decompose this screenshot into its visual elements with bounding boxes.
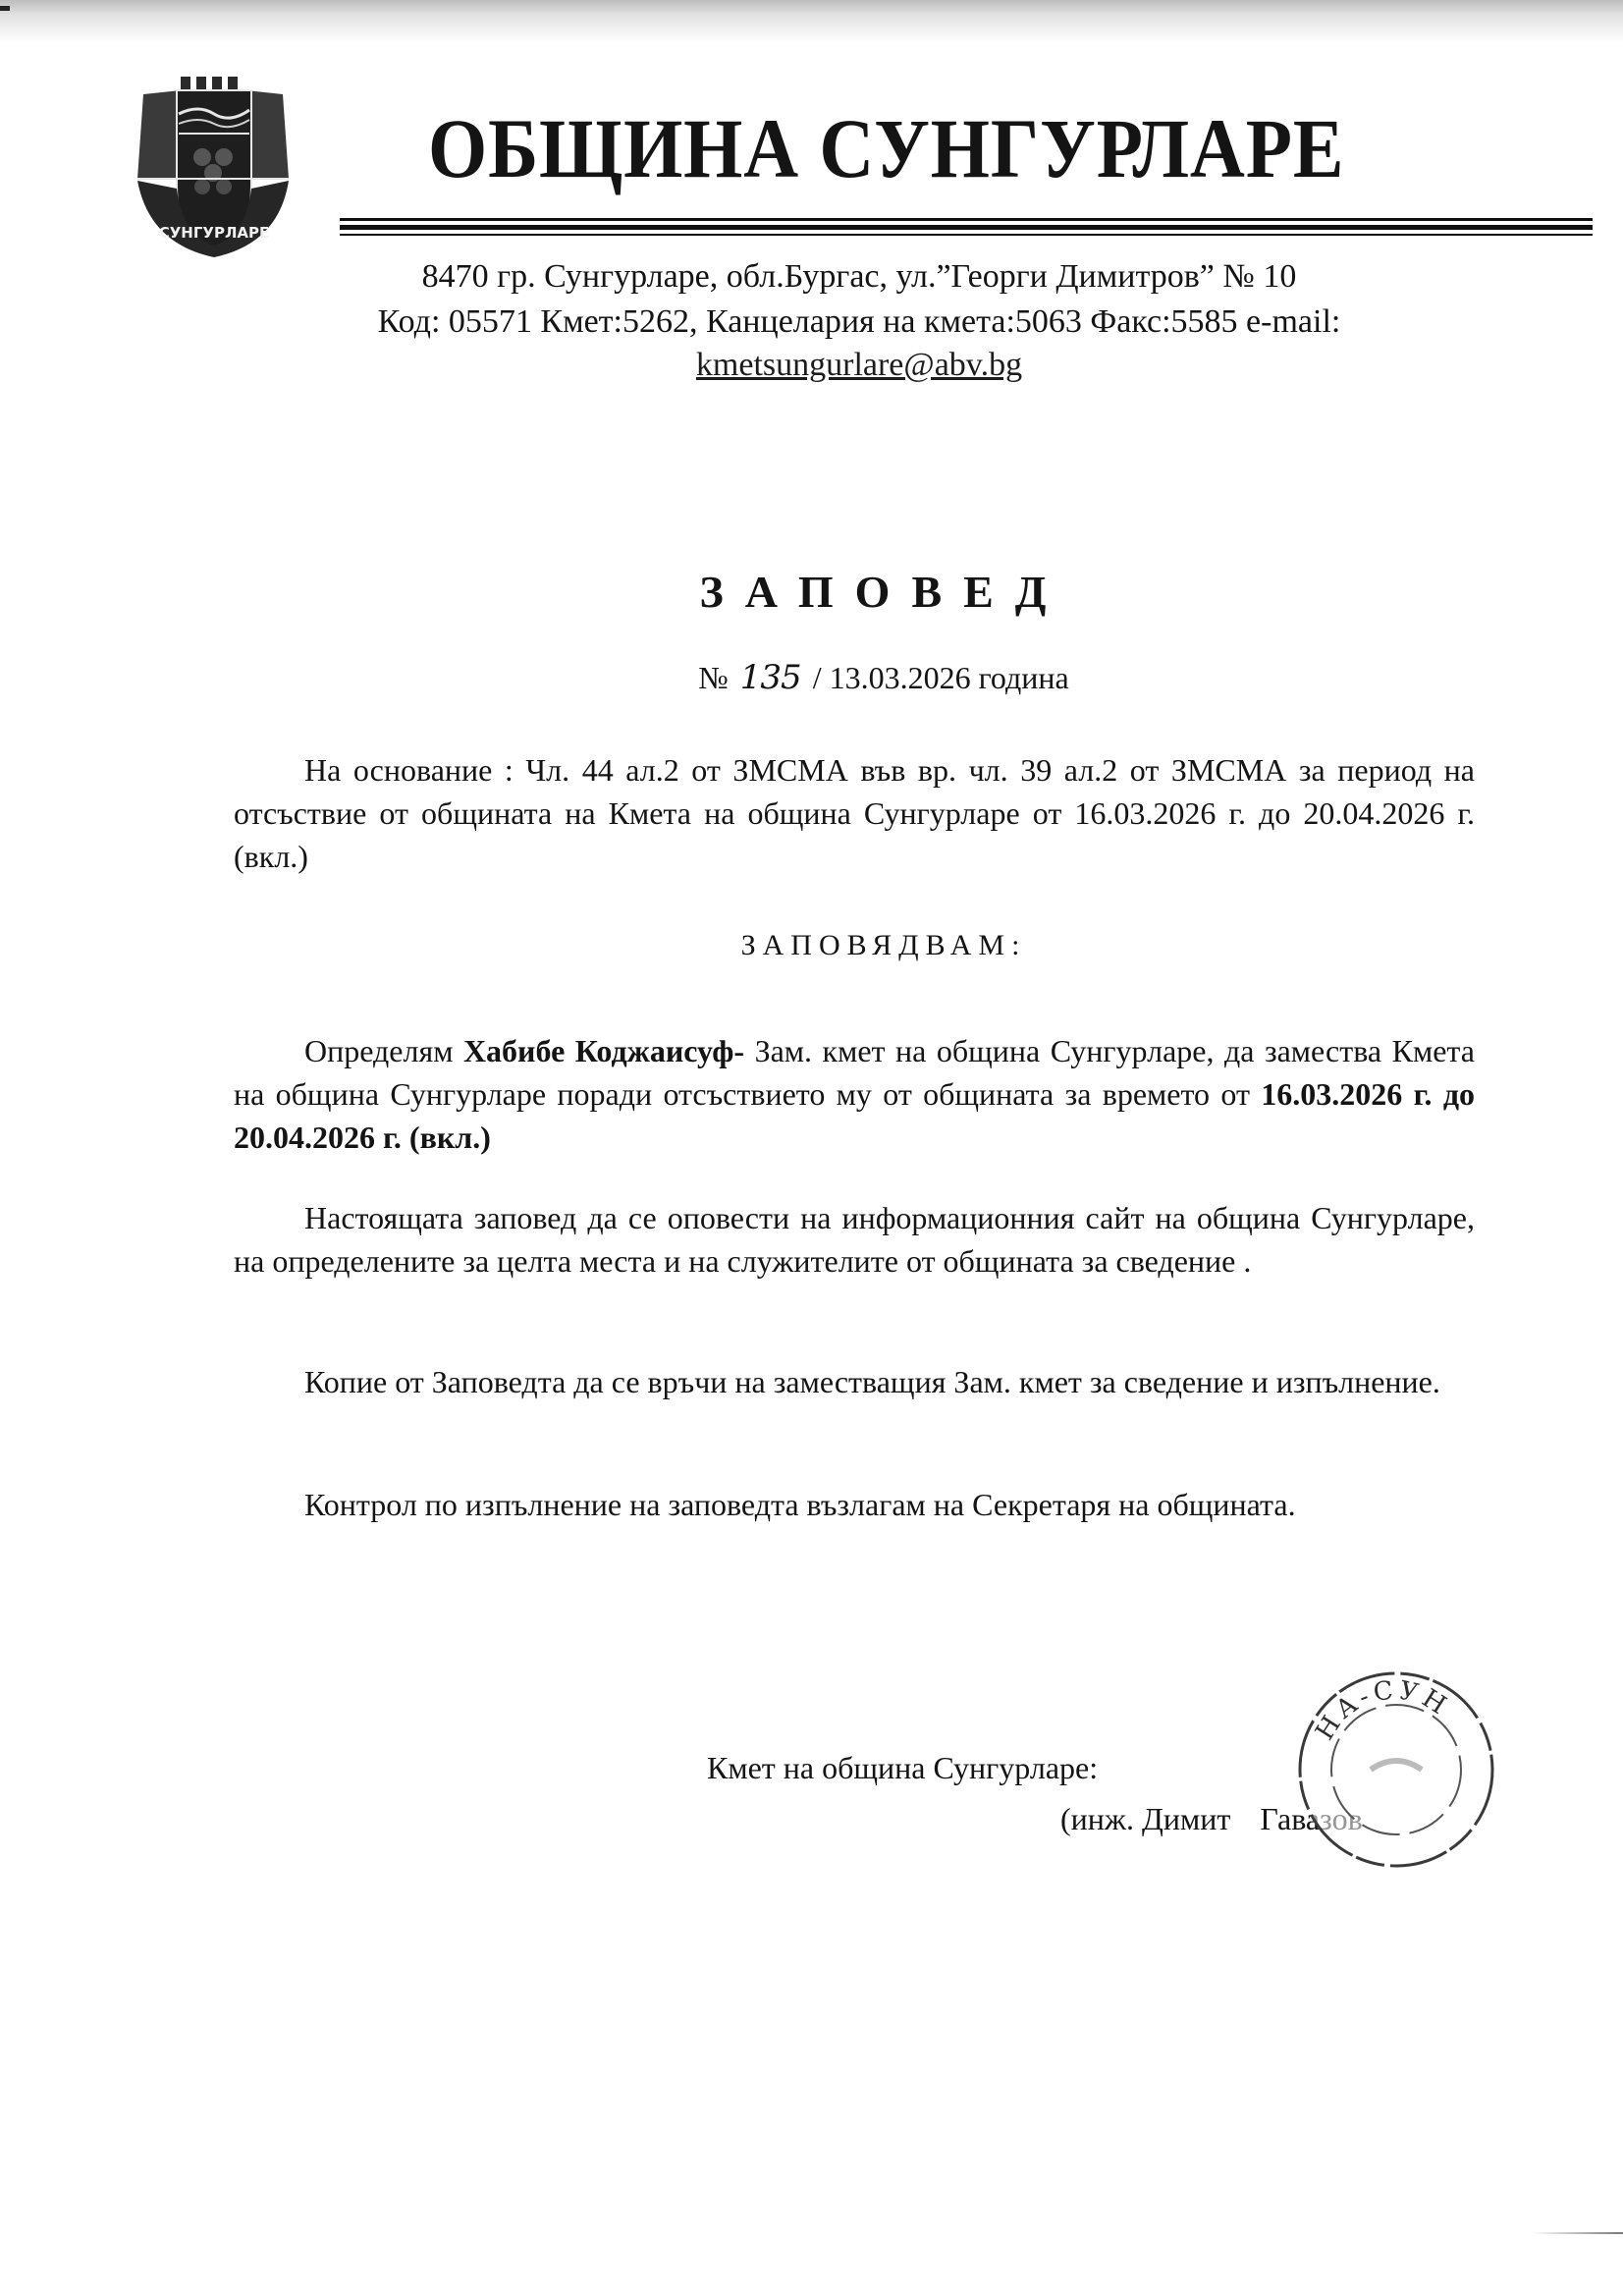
address-line: 8470 гр. Сунгурларе, обл.Бургас, ул.”Гео…: [295, 257, 1424, 297]
header-rule: [340, 234, 1593, 236]
signatory-name-part: (инж. Димит: [1060, 1801, 1230, 1836]
deputy-name: Хабибе Коджаисуф-: [463, 1033, 744, 1068]
control-paragraph: Контрол по изпълнение на заповедта възла…: [234, 1483, 1475, 1526]
copy-paragraph: Копие от Заповедта да се връчи на замест…: [234, 1360, 1475, 1403]
organization-title: ОБЩИНА СУНГУРЛАРЕ: [428, 106, 1391, 191]
document-date: / 13.03.2026 година: [813, 660, 1069, 695]
email-link[interactable]: kmetsungurlare@abv.bg: [696, 347, 1022, 383]
publication-paragraph: Настоящата заповед да се оповести на инф…: [234, 1196, 1475, 1283]
basis-paragraph: На основание : Чл. 44 ал.2 от ЗМСМА във …: [234, 748, 1475, 878]
official-stamp: НА-СУН: [1286, 1660, 1502, 1876]
email-line: kmetsungurlare@abv.bg: [295, 346, 1424, 385]
contacts-line: Код: 05571 Кмет:5262, Канцелария на кмет…: [295, 302, 1424, 342]
scan-shadow: [0, 0, 1623, 43]
appointment-paragraph: Определям Хабибе Коджаисуф- Зам. кмет на…: [234, 1029, 1475, 1159]
svg-text:СУНГУРЛАРЕ: СУНГУРЛАРЕ: [159, 224, 270, 242]
appointment-lead: Определям: [304, 1033, 453, 1068]
scan-artifact: [1532, 2232, 1623, 2234]
municipality-emblem: СУНГУРЛАРЕ: [124, 71, 302, 257]
document-heading: ЗАПОВЕД: [589, 566, 1178, 618]
scan-artifact: [0, 6, 10, 11]
number-sign: №: [698, 660, 729, 695]
signatory-title: Кмет на община Сунгурларе:: [707, 1750, 1098, 1786]
order-heading: ЗАПОВЯДВАМ:: [589, 929, 1178, 962]
header-rule: [340, 218, 1593, 221]
handwritten-number: 135: [740, 658, 801, 697]
document-number: № 135 / 13.03.2026 година: [589, 658, 1178, 697]
header-rule: [340, 225, 1593, 230]
